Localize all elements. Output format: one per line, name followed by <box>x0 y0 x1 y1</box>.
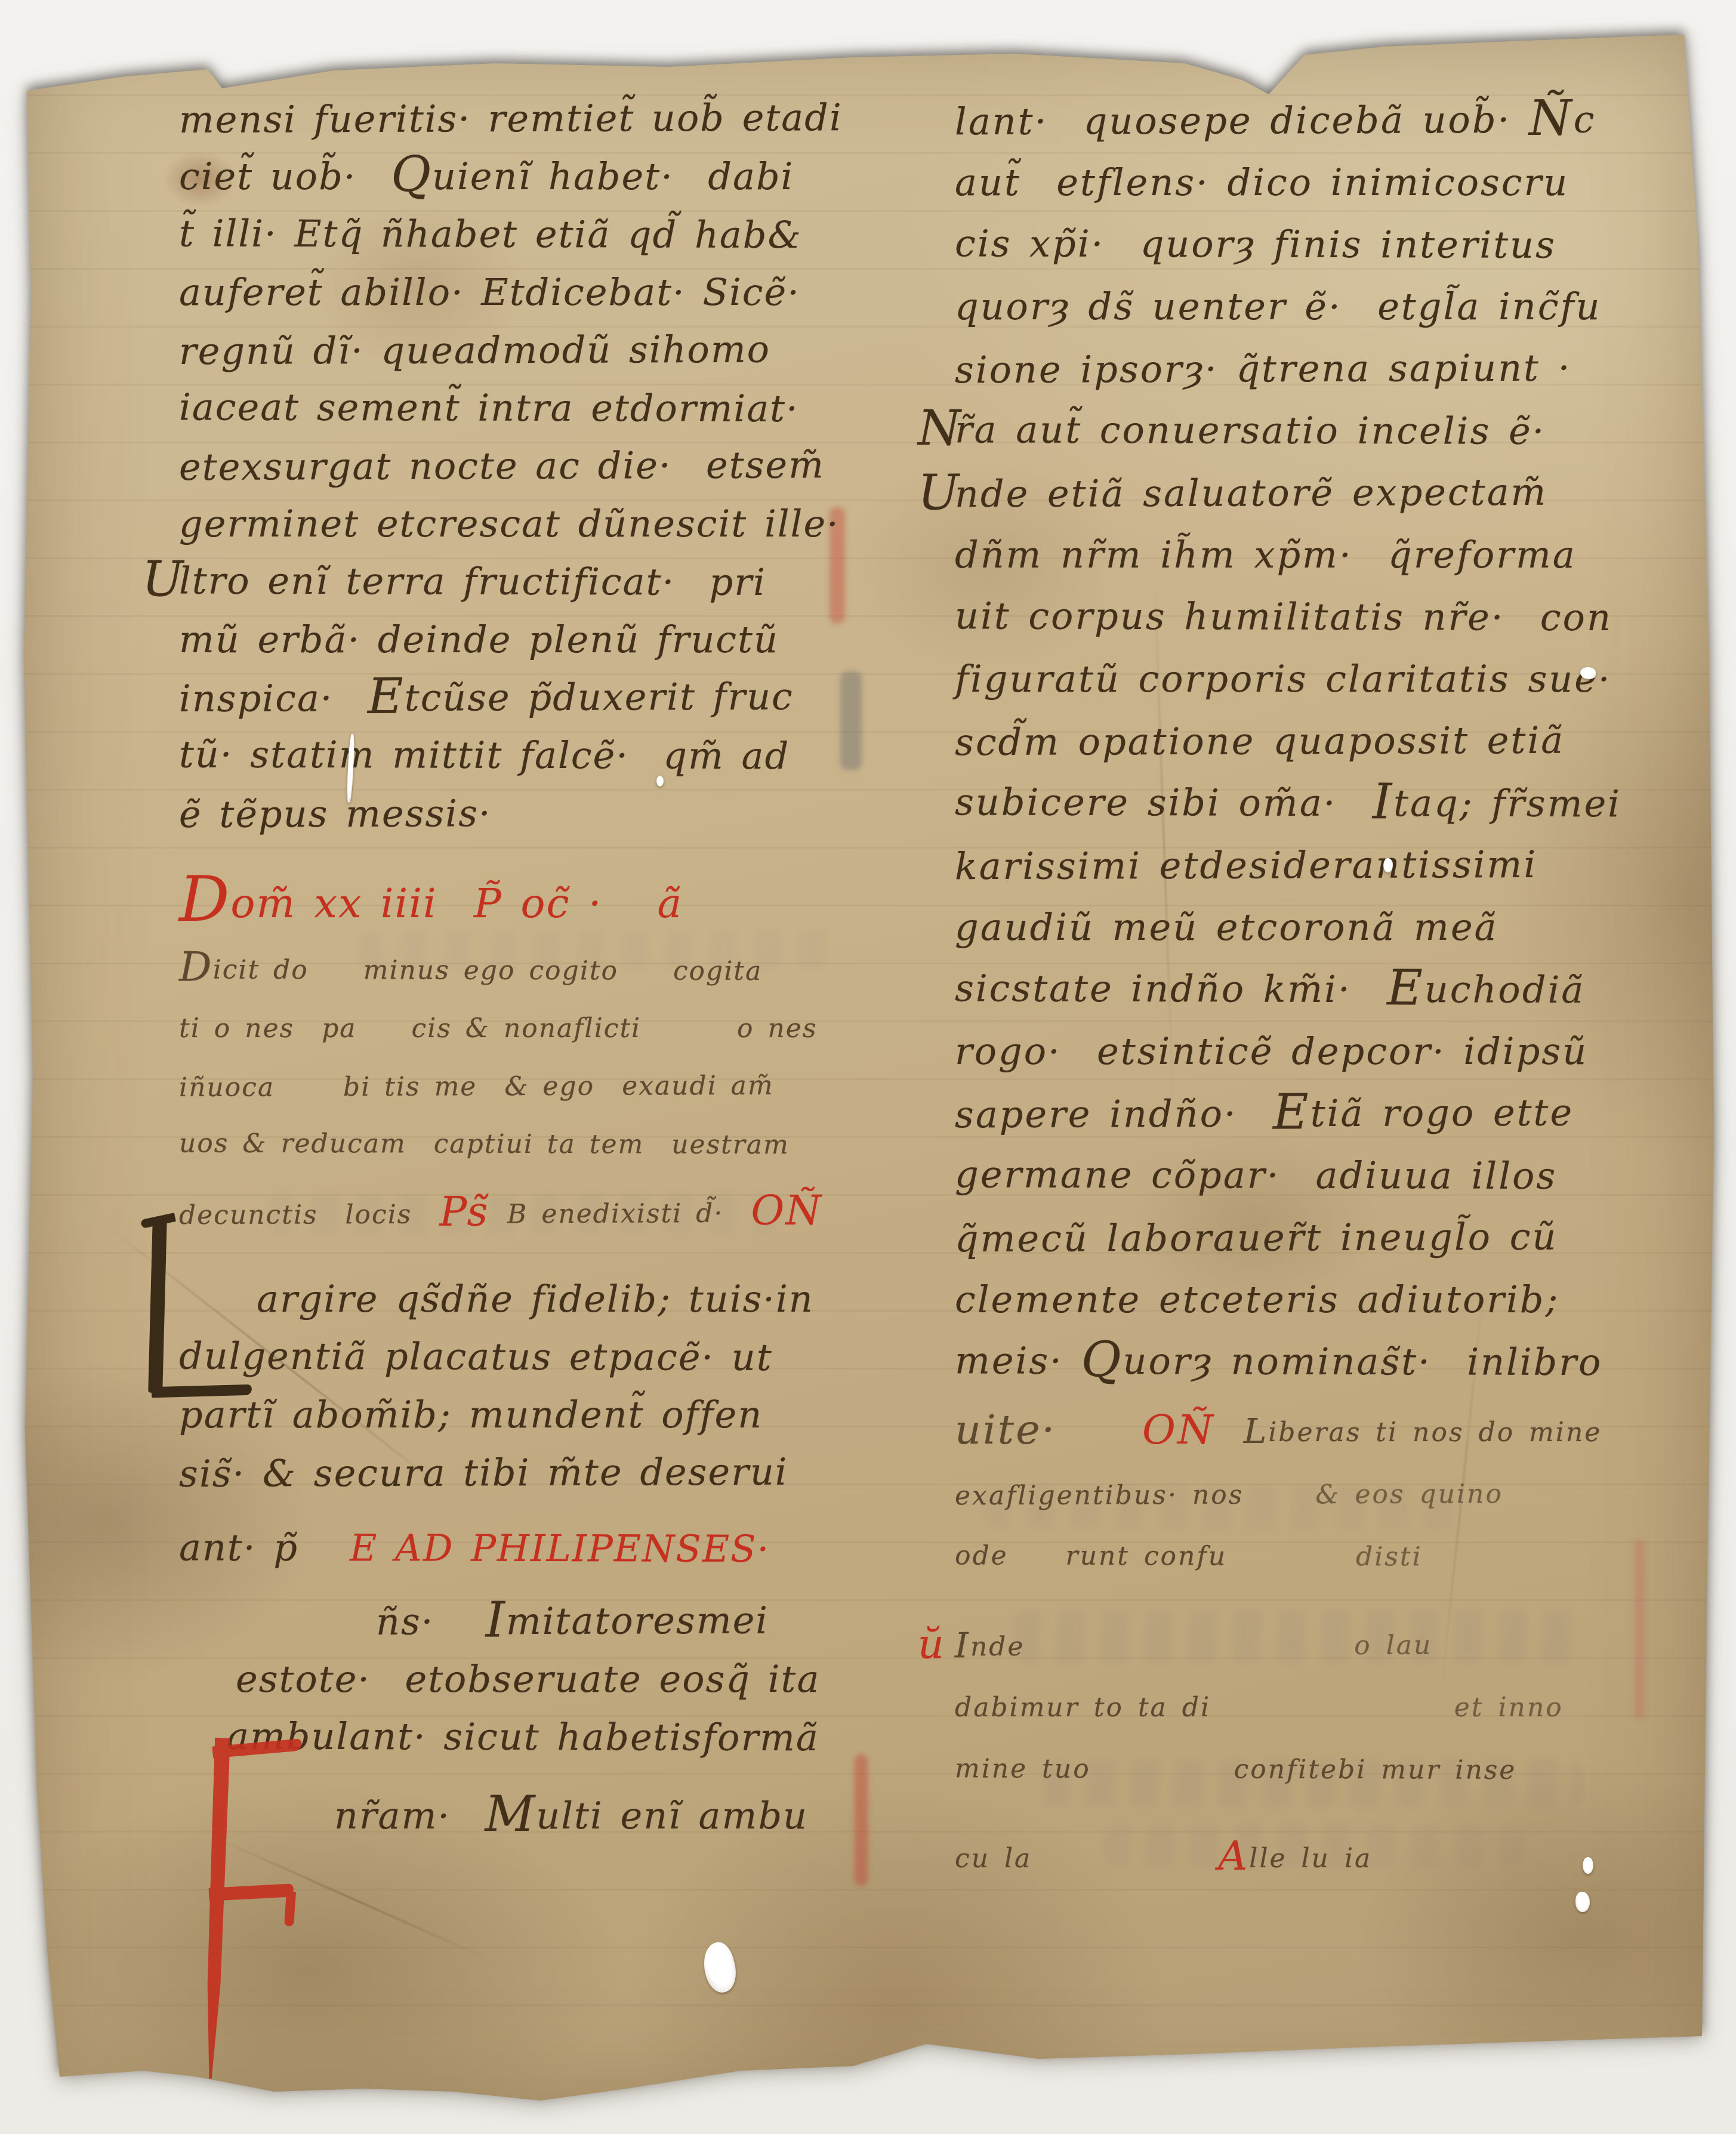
text-line: lant· quosepe dicebã uob̃· Ñc <box>955 88 1725 153</box>
text-line: aut̃ etflens· dico inimicoscru <box>955 152 1725 214</box>
text-run: iberas ti nos do mine <box>1268 1417 1602 1448</box>
text-run: tcũse p̃duxerit fruc <box>405 675 794 720</box>
text-run: I <box>1373 773 1394 830</box>
text-run: uienĩ habet· dabi <box>432 155 794 198</box>
text-run: auferet̃ abillo· Etdicebat· Sicẽ· <box>179 270 800 314</box>
text-run: mine tuo confitebi mur inse <box>955 1753 1517 1785</box>
text-run: mitatoresmei <box>506 1599 769 1643</box>
text-run: Q <box>1081 1331 1123 1388</box>
text-line: ant· p̃ E AD PHILIPENSES· <box>179 1518 901 1578</box>
rubric-run: OÑ <box>751 1187 822 1234</box>
text-run: Q <box>391 147 432 203</box>
text-run: scd̃m opatione quapossit etiã <box>955 718 1565 764</box>
text-line: subicere sibi om̃a· Itaq; fr̃smei <box>955 771 1725 835</box>
text-run: Ñ <box>1529 90 1574 147</box>
text-line: meis· Quorȝ nominas̃t· inlibro <box>955 1330 1725 1393</box>
text-line: Ultro enĩ terra fructificat· pri <box>179 551 901 611</box>
text-run: mũ erbã· deinde plenũ fructũ <box>179 618 779 661</box>
text-line: Nr̃a aut̃ conuersatio incelis ẽ· <box>955 399 1725 462</box>
parchment-hole <box>1383 858 1393 872</box>
text-run: tũ· statim mittit falcẽ· qm̃ ad <box>179 732 790 778</box>
text-run: E <box>1273 1084 1311 1140</box>
text-run: t̃ illi· Etq̃ ñhabet etiã qd̃ hab& <box>179 211 802 257</box>
text-run: quorȝ ds̃ uenter ẽ· etgl̃a inc̃fu <box>955 285 1601 328</box>
text-line: dabimur to ta di et inno <box>955 1677 1725 1739</box>
text-run: argire qs̃dñe fidelib; tuis·in <box>257 1277 814 1321</box>
text-run: D <box>179 943 213 991</box>
text-run: cu la <box>955 1843 1218 1874</box>
text-line: ti o nes pa cis & nonaflicti o nes <box>179 1000 901 1057</box>
text-line: estote· etobseruate eosq̃ ita <box>179 1650 901 1708</box>
text-line: cis xp̃i· quorȝ finis interitus <box>955 212 1725 276</box>
text-run: icit do minus ego cogito cogita <box>213 955 763 986</box>
text-run: sicstate indño km̃i· <box>955 966 1387 1011</box>
text-run: dabimur to ta di <box>955 1692 1454 1723</box>
text-line: uos & reducam captiui ta tem uestram <box>179 1114 901 1174</box>
text-run: rogo· etsinticẽ depcor· idipsũ <box>955 1029 1588 1073</box>
text-run: subicere sibi om̃a· <box>955 780 1373 825</box>
text-line: ciet̃ uob̃· Quienĩ habet· dabi <box>179 147 901 205</box>
text-run: figuratũ corporis claritatis sue· <box>955 657 1612 701</box>
rubric-run: om̃ <box>231 880 314 927</box>
text-line: regnũ dĩ· queadmodũ sihomo <box>179 320 901 380</box>
text-line: sicstate indño km̃i· Euchodiã <box>955 957 1725 1021</box>
text-run: iaceat sement̃ intra etdormiat· <box>179 385 799 430</box>
text-run <box>1215 1417 1244 1448</box>
text-run: gaudiũ meũ etcoronã meã <box>955 905 1498 949</box>
text-line: rogo· etsinticẽ depcor· idipsũ <box>955 1020 1725 1083</box>
text-run: uchodiã <box>1424 967 1586 1012</box>
text-line: mensi fueritis· remtiet̃ uob̃ etadi <box>179 88 901 149</box>
text-run: E <box>368 668 405 725</box>
text-run: E <box>1387 960 1424 1016</box>
parchment-leaf-wrapper: mensi fueritis· remtiet̃ uob̃ etadiciet̃… <box>0 0 1736 2134</box>
text-line: Unde etiã saluatorẽ expectam̃ <box>955 461 1725 526</box>
text-line: sis̃· & secura tibi m̃te deserui <box>179 1442 901 1503</box>
text-line: dñm nr̃m ih̃m xp̃m· q̃reforma <box>955 524 1725 586</box>
text-run: tiã rogo ette <box>1311 1091 1574 1136</box>
text-line: sapere indño· Etiã rogo ette <box>955 1081 1725 1146</box>
text-run: ltro enĩ terra fructificat· pri <box>179 559 766 604</box>
text-line: inspica· Etcũse p̃duxerit fruc <box>179 667 901 727</box>
text-run: partĩ abom̃ib; mundent̃ offen <box>179 1393 763 1436</box>
text-run: ti o nes pa cis & nonaflicti o nes <box>179 1013 818 1044</box>
text-run: cis xp̃i· quorȝ finis interitus <box>955 221 1556 267</box>
text-line: ŭInde o lau <box>955 1614 1725 1679</box>
text-run: disti <box>1356 1541 1423 1572</box>
text-run: estote· etobseruate eosq̃ ita <box>236 1657 820 1701</box>
text-run: ambulant· sicut habetisformã <box>227 1714 819 1760</box>
text-run: germinet etcrescat dũnescit ille· <box>179 502 840 545</box>
text-run: mensi fueritis· remtiet̃ uob̃ etadi <box>179 95 843 141</box>
text-run: nr̃am· <box>334 1794 485 1837</box>
text-line: exafligentibus· nos & eos quino <box>955 1463 1725 1528</box>
rubric-run: Ps̃ <box>439 1188 507 1235</box>
text-run: q̃mecũ laborauer̃t ineugl̃o cũ <box>955 1215 1558 1261</box>
text-run: taq; fr̃smei <box>1393 781 1621 825</box>
text-run: nde <box>970 1630 1354 1662</box>
text-line: Dicit do minus ego cogito cogita <box>179 940 901 1000</box>
text-line: Dom̃ xx iiii P̃ oc̃ · ã <box>179 875 901 933</box>
text-run: meis· <box>955 1339 1081 1383</box>
text-line: sione ipsorȝ· q̃trena sapiunt · <box>955 337 1725 402</box>
text-run: exafligentibus· nos <box>955 1479 1315 1511</box>
rubric-run: ã <box>603 880 683 927</box>
text-run: ode runt confu <box>955 1540 1356 1572</box>
text-run: nde etiã saluatorẽ expectam̃ <box>955 470 1548 516</box>
text-line: q̃mecũ laborauer̃t ineugl̃o cũ <box>955 1205 1725 1270</box>
text-run: iñuoca bi tis me & ego exaudi am̃ <box>179 1071 774 1103</box>
text-line: ẽ tẽpus messis· <box>179 783 901 843</box>
parchment-hole <box>1580 667 1596 679</box>
initial-F-fratres <box>209 1738 310 2084</box>
text-line: mũ erbã· deinde plenũ fructũ <box>179 610 901 668</box>
text-line: karissimi etdesiderantissimi <box>955 833 1725 898</box>
text-line: etexsurgat nocte ac die· etsem̃ <box>179 436 901 496</box>
left-text-column: mensi fueritis· remtiet̃ uob̃ etadiciet̃… <box>179 90 901 1845</box>
text-run: sapere indño· <box>955 1091 1273 1136</box>
text-line: clemente etceteris adiutorib; <box>955 1269 1725 1331</box>
text-run: uit corpus humilitatis nr̃e· con <box>955 594 1612 639</box>
text-line: dulgentiã placatus etpacẽ· ut <box>179 1327 901 1386</box>
text-run: M <box>485 1786 536 1843</box>
parchment-hole <box>1583 1857 1593 1874</box>
text-line: quorȝ ds̃ uenter ẽ· etgl̃a inc̃fu <box>955 276 1725 338</box>
text-run: clemente etceteris adiutorib; <box>955 1278 1559 1321</box>
text-line: cu la Alle lu ia <box>955 1828 1725 1890</box>
text-run: o lau <box>1354 1630 1432 1660</box>
text-run: B enedixisti d̃· <box>507 1198 751 1229</box>
initial-L-largire <box>150 1219 258 1410</box>
text-run: r̃a aut̃ conuersatio incelis ẽ· <box>955 408 1546 453</box>
text-line: figuratũ corporis claritatis sue· <box>955 648 1725 710</box>
text-line: germinet etcrescat dũnescit ille· <box>179 495 901 553</box>
text-run: & eos quino <box>1315 1479 1503 1510</box>
text-run: etexsurgat nocte ac die· etsem̃ <box>179 443 825 489</box>
text-run: I <box>955 1625 970 1666</box>
text-run: germane cõpar· adiuua illos <box>955 1152 1557 1198</box>
text-line: tũ· statim mittit falcẽ· qm̃ ad <box>179 725 901 785</box>
text-run: I <box>485 1592 506 1648</box>
text-line: germane cõpar· adiuua illos <box>955 1143 1725 1207</box>
parchment-hole <box>656 776 664 787</box>
text-line: mine tuo confitebi mur inse <box>955 1738 1725 1802</box>
rubric-run: A <box>1218 1833 1249 1880</box>
text-run: lle lu ia <box>1249 1843 1372 1874</box>
scanner-background: mensi fueritis· remtiet̃ uob̃ etadiciet̃… <box>0 0 1736 2134</box>
text-run: lant· quosepe dicebã uob̃· <box>955 98 1529 143</box>
text-run <box>1056 1417 1142 1448</box>
rubric-run: D <box>179 862 231 936</box>
rubric-run: OÑ <box>1142 1407 1215 1454</box>
text-run: uorȝ nominas̃t· inlibro <box>1123 1339 1603 1384</box>
text-run: c <box>1573 98 1596 141</box>
rubric-run: xx iiii <box>314 880 437 927</box>
text-run: uite· <box>955 1407 1056 1454</box>
text-line: t̃ illi· Etq̃ ñhabet etiã qd̃ hab& <box>179 204 901 264</box>
text-line: ode runt confu disti <box>955 1525 1725 1589</box>
rubric-run: E AD PHILIPENSES· <box>350 1526 770 1571</box>
text-run: uos & reducam captiui ta tem uestram <box>179 1128 790 1160</box>
text-run: ẽ tẽpus messis· <box>179 791 492 836</box>
text-run: sis̃· & secura tibi m̃te deserui <box>179 1450 788 1496</box>
text-line: partĩ abom̃ib; mundent̃ offen <box>179 1386 901 1444</box>
text-line: iñuoca bi tis me & ego exaudi am̃ <box>179 1056 901 1117</box>
parchment-hole <box>1575 1892 1590 1912</box>
text-run: ulti enĩ ambu <box>536 1794 808 1837</box>
text-run: regnũ dĩ· queadmodũ sihomo <box>179 328 770 373</box>
text-line: iaceat sement̃ intra etdormiat· <box>179 378 901 437</box>
text-run: dñm nr̃m ih̃m xp̃m· q̃reforma <box>955 533 1577 576</box>
text-run: dulgentiã placatus etpacẽ· ut <box>179 1334 773 1379</box>
parchment-leaf: mensi fueritis· remtiet̃ uob̃ etadiciet̃… <box>0 0 1736 2134</box>
text-run: ciet̃ uob̃· <box>179 155 391 198</box>
text-run: karissimi etdesiderantissimi <box>955 843 1537 888</box>
text-line: uit corpus humilitatis nr̃e· con <box>955 585 1725 649</box>
text-line: auferet̃ abillo· Etdicebat· Sicẽ· <box>179 263 901 321</box>
right-text-column: lant· quosepe dicebã uob̃· Ñcaut̃ etflen… <box>955 90 1725 1890</box>
text-line: scd̃m opatione quapossit etiã <box>955 709 1725 774</box>
text-run: ñs· <box>376 1599 486 1643</box>
rubric-run: P̃ oc̃ · <box>437 880 603 927</box>
text-run: aut̃ etflens· dico inimicoscru <box>955 161 1569 204</box>
text-line: ñs· Imitatoresmei <box>179 1591 901 1651</box>
text-run: et inno <box>1454 1692 1564 1723</box>
text-run: ant· p̃ <box>179 1525 350 1569</box>
text-run: inspica· <box>179 676 368 720</box>
text-line: argire qs̃dñe fidelib; tuis·in <box>179 1270 901 1328</box>
text-line: gaudiũ meũ etcoronã meã <box>955 896 1725 958</box>
text-run: sione ipsorȝ· q̃trena sapiunt · <box>955 346 1572 392</box>
text-run: L <box>1244 1411 1269 1451</box>
text-line: uite· OÑ Liberas ti nos do mine <box>955 1402 1725 1464</box>
text-line: decunctis locis Ps̃ B enedixisti d̃· OÑ <box>179 1184 901 1244</box>
